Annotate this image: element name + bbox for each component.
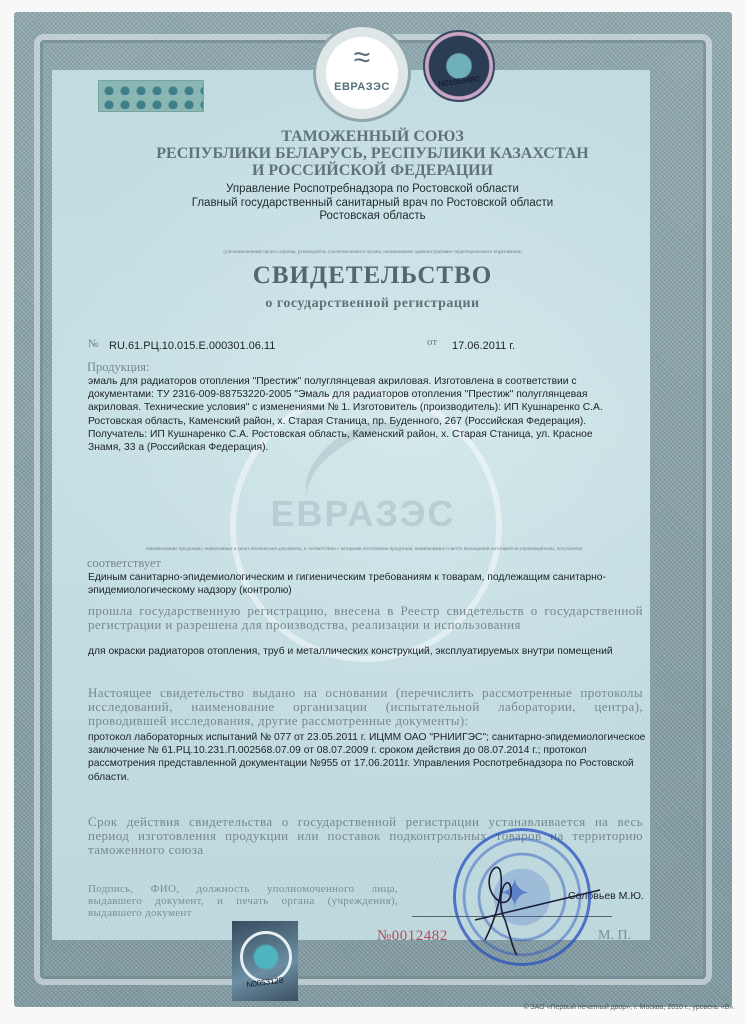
handwritten-signature bbox=[465, 850, 605, 960]
use-text: для окраски радиаторов отопления, труб и… bbox=[88, 645, 648, 658]
form-serial-number: №0012482 bbox=[377, 928, 448, 945]
customs-union-heading: ТАМОЖЕННЫЙ СОЮЗ РЕСПУБЛИКИ БЕЛАРУСЬ, РЕС… bbox=[60, 128, 685, 179]
hologram-serial-bottom: N0053128 bbox=[240, 975, 291, 991]
printer-footer: © ЗАО «Первый печатный двор», г. Москва,… bbox=[450, 1004, 735, 1011]
certificate-number: RU.61.РЦ.10.015.Е.000301.06.11 bbox=[109, 340, 275, 352]
hologram-serial-top: N01859480 bbox=[433, 73, 486, 89]
certificate-subtitle: о государственной регистрации bbox=[60, 296, 685, 312]
hologram-sticker-bottom: N0053128 bbox=[232, 921, 298, 1001]
issuer-caption: (уполномоченный орган Стороны, руководит… bbox=[110, 250, 635, 255]
issuer-line: Управление Роспотребнадзора по Ростовско… bbox=[60, 183, 685, 197]
product-description: эмаль для радиаторов отопления "Престиж"… bbox=[88, 375, 623, 454]
eurasec-emblem: ≈ ЕВРАЗЭС bbox=[313, 24, 411, 122]
watermark-text: ЕВРАЗЭС bbox=[268, 493, 458, 535]
product-caption: (наименование продукции, нормативные и (… bbox=[84, 547, 644, 552]
signature-label: Подпись, ФИО, должность уполномоченного … bbox=[88, 883, 398, 919]
hologram-sticker-top: N01859480 bbox=[423, 30, 495, 102]
certificate-title: СВИДЕТЕЛЬСТВО bbox=[60, 262, 685, 290]
issuer-line: Главный государственный санитарный врач … bbox=[60, 197, 685, 211]
date-label: от bbox=[427, 336, 437, 348]
union-line: ТАМОЖЕННЫЙ СОЮЗ bbox=[60, 128, 685, 145]
conformity-text: Единым санитарно-эпидемиологическим и ги… bbox=[88, 571, 648, 597]
emblem-label: ЕВРАЗЭС bbox=[316, 81, 408, 93]
number-label: № bbox=[88, 338, 99, 350]
hologram-strip bbox=[98, 80, 204, 112]
registration-label: прошла государственную регистрацию, внес… bbox=[88, 604, 643, 632]
issuing-authority: Управление Роспотребнадзора по Ростовско… bbox=[60, 183, 685, 224]
union-line: РЕСПУБЛИКИ БЕЛАРУСЬ, РЕСПУБЛИКИ КАЗАХСТА… bbox=[60, 145, 685, 162]
issuer-line: Ростовская область bbox=[60, 210, 685, 224]
certificate-date: 17.06.2011 г. bbox=[452, 340, 515, 352]
conformity-label: соответствует bbox=[87, 556, 161, 570]
basis-label: Настоящее свидетельство выдано на основа… bbox=[88, 686, 643, 728]
basis-text: протокол лабораторных испытаний № 077 от… bbox=[88, 731, 648, 784]
union-line: И РОССИЙСКОЙ ФЕДЕРАЦИИ bbox=[60, 162, 685, 179]
product-label: Продукция: bbox=[87, 360, 149, 374]
eurasec-bird-icon: ≈ bbox=[338, 41, 386, 75]
